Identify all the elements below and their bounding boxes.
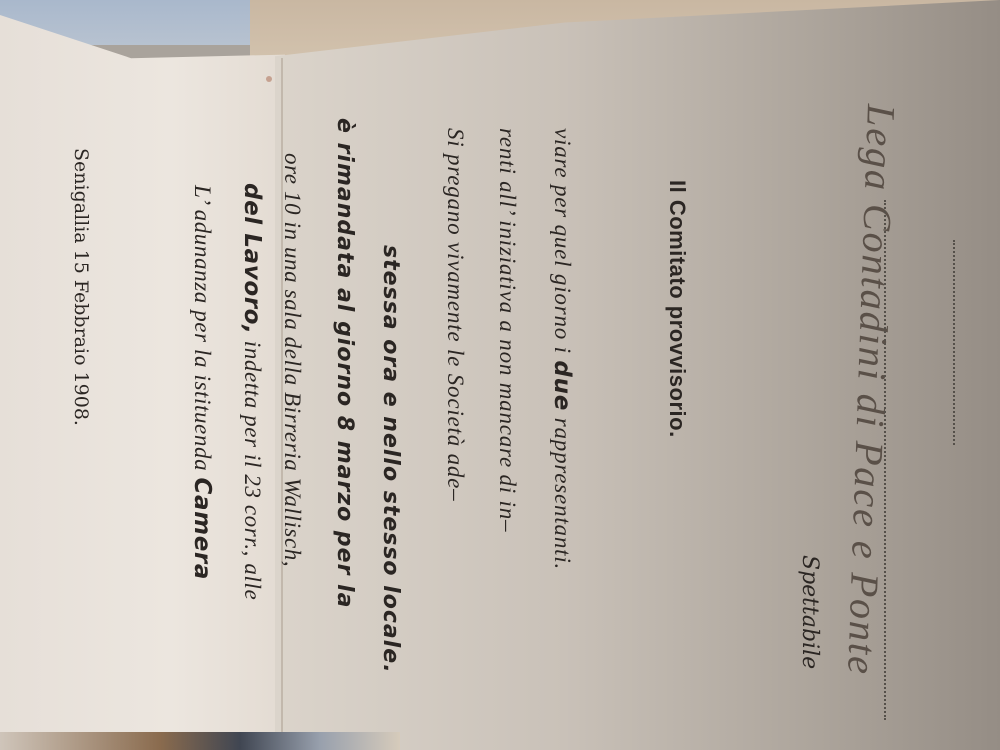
paper-stain (266, 76, 272, 82)
address-line-1 (884, 200, 886, 720)
text: viare per quel giorno i (550, 128, 575, 360)
dateline: Senigallia 15 Febbraio 1908. (70, 148, 92, 426)
text: indetta per il 23 corr., alle (240, 334, 265, 600)
emphasis-due: due (549, 360, 575, 411)
paragraph1-line1: L’ adunanza per la istituenda Camera (189, 185, 215, 580)
paragraph1-line3: ore 10 in una sala della Birreria Wallis… (279, 153, 305, 567)
emphasis-lavoro: del Lavoro, (239, 183, 265, 334)
paragraph1-line4: è rimandata al giorno 8 marzo per la (332, 118, 357, 608)
paragraph2-line3: viare per quel giorno i due rappresentan… (549, 128, 575, 570)
text: L’ adunanza per la istituenda (190, 185, 215, 478)
paragraph2-line2: renti all’ iniziativa a non mancare di i… (494, 128, 520, 532)
signature-committee: Il Comitato provvisorio. (664, 180, 690, 438)
address-label: Spettabile (797, 555, 822, 669)
address-line-2 (953, 240, 955, 445)
emphasis-camera: Camera (189, 478, 215, 580)
paragraph2-line1: Si pregano vivamente le Società ade– (442, 128, 468, 501)
paragraph1-line5: stessa ora e nello stesso locale. (378, 245, 403, 674)
paragraph1-line2: del Lavoro, indetta per il 23 corr., all… (239, 183, 265, 600)
text: rappresentanti. (550, 411, 575, 570)
background-bottom-strip (0, 732, 400, 750)
